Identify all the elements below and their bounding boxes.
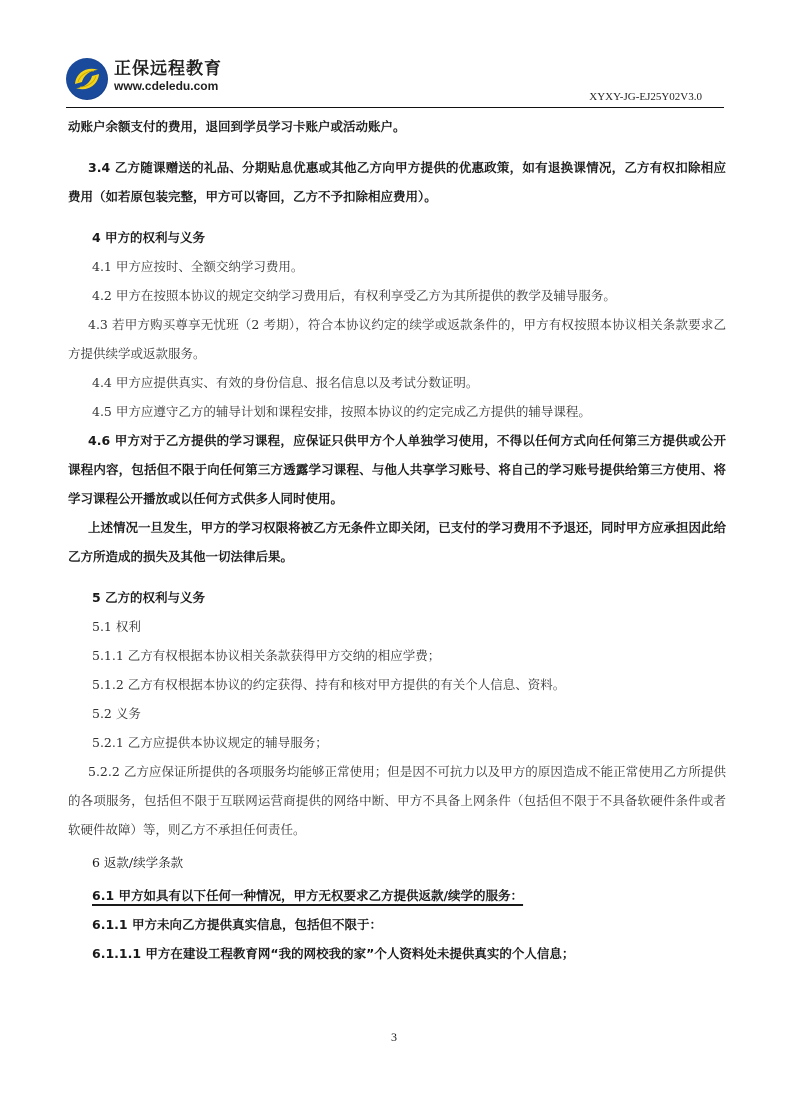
- clause-6-1-text: 6.1 甲方如具有以下任何一种情况，甲方无权要求乙方提供返款/续学的服务：: [92, 888, 523, 903]
- clause-4-6-consequence: 上述情况一旦发生，甲方的学习权限将被乙方无条件立即关闭，已支付的学习费用不予退还…: [68, 513, 726, 571]
- paragraph-continuation: 动账户余额支付的费用，退回到学员学习卡账户或活动账户。: [68, 112, 726, 141]
- header-divider: [66, 107, 724, 108]
- clause-6-1: 6.1 甲方如具有以下任何一种情况，甲方无权要求乙方提供返款/续学的服务：: [72, 881, 726, 910]
- clause-3-4: 3.4 乙方随课赠送的礼品、分期贴息优惠或其他乙方向甲方提供的优惠政策，如有退换…: [68, 153, 726, 211]
- clause-5-2-2: 5.2.2 乙方应保证所提供的各项服务均能够正常使用；但是因不可抗力以及甲方的原…: [68, 757, 726, 844]
- clause-5-1: 5.1 权利: [72, 612, 726, 641]
- clause-4-3: 4.3 若甲方购买尊享无忧班（2 考期），符合本协议约定的续学或返款条件的，甲方…: [68, 310, 726, 368]
- clause-4-5: 4.5 甲方应遵守乙方的辅导计划和课程安排，按照本协议的约定完成乙方提供的辅导课…: [72, 397, 726, 426]
- clause-6-1-1: 6.1.1 甲方未向乙方提供真实信息，包括但不限于：: [72, 910, 726, 939]
- clause-6-1-1-1: 6.1.1.1 甲方在建设工程教育网“我的网校我的家”个人资料处未提供真实的个人…: [72, 939, 726, 968]
- page-number: 3: [0, 1030, 788, 1045]
- clause-5-2-1: 5.2.1 乙方应提供本协议规定的辅导服务；: [72, 728, 726, 757]
- section-heading-5: 5 乙方的权利与义务: [72, 583, 726, 612]
- clause-4-6: 4.6 甲方对于乙方提供的学习课程，应保证只供甲方个人单独学习使用，不得以任何方…: [68, 426, 726, 513]
- section-heading-4: 4 甲方的权利与义务: [72, 223, 726, 252]
- clause-5-1-1: 5.1.1 乙方有权根据本协议相关条款获得甲方交纳的相应学费；: [72, 641, 726, 670]
- page-header: 正保远程教育 www.cdeledu.com XYXY-JG-EJ25Y02V3…: [66, 56, 726, 108]
- section-heading-6: 6 返款/续学条款: [72, 848, 726, 877]
- clause-5-1-2: 5.1.2 乙方有权根据本协议的约定获得、持有和核对甲方提供的有关个人信息、资料…: [72, 670, 726, 699]
- clause-4-1: 4.1 甲方应按时、全额交纳学习费用。: [72, 252, 726, 281]
- document-code: XYXY-JG-EJ25Y02V3.0: [589, 91, 702, 103]
- clause-5-2: 5.2 义务: [72, 699, 726, 728]
- clause-4-4: 4.4 甲方应提供真实、有效的身份信息、报名信息以及考试分数证明。: [72, 368, 726, 397]
- brand-url: www.cdeledu.com: [114, 79, 222, 94]
- swirl-logo-icon: [66, 58, 108, 100]
- clause-4-2: 4.2 甲方在按照本协议的规定交纳学习费用后，有权利享受乙方为其所提供的教学及辅…: [72, 281, 726, 310]
- document-body: 动账户余额支付的费用，退回到学员学习卡账户或活动账户。 3.4 乙方随课赠送的礼…: [72, 112, 726, 968]
- brand-name: 正保远程教育: [114, 59, 222, 79]
- brand: 正保远程教育 www.cdeledu.com: [114, 59, 222, 94]
